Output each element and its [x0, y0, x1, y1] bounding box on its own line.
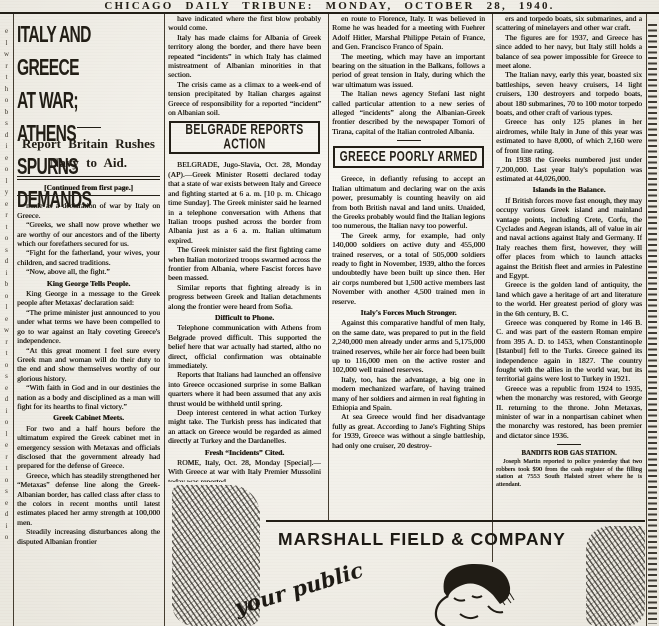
- article-paragraph-text: The Greek army, for example, had only 14…: [332, 231, 485, 306]
- article-paragraph: The Italian navy, early this year, boast…: [496, 70, 642, 117]
- article-subhead-text: Fresh “Incidents” Cited.: [205, 448, 284, 457]
- column-headline: ITALY AND GREECE AT WAR; ATHENS SPURNS D…: [17, 14, 160, 626]
- article-subhead: Italy's Forces Much Stronger.: [332, 308, 485, 317]
- article-paragraph-text: “The prime minister just announced to yo…: [17, 308, 160, 345]
- article-subhead-text: King George Tells People.: [47, 279, 131, 288]
- boxed-section-headline: GREECE POORLY ARMED: [333, 146, 484, 168]
- article-subhead: Fresh “Incidents” Cited.: [168, 448, 321, 457]
- article-paragraph-text: The meeting, which may have an important…: [332, 52, 485, 89]
- right-edge-ad-border: [648, 24, 657, 624]
- article-paragraph: Reports that Italians had launched an of…: [168, 370, 321, 408]
- article-paragraph-text: Greece is the golden land of antiquity, …: [496, 280, 642, 317]
- article-subhead-text: Difficult to Phone.: [215, 313, 274, 322]
- boxed-section-headline-text: BELGRADE REPORTS ACTION: [175, 124, 315, 153]
- article-paragraph-text: ROME, Italy, Oct. 28, Monday [Special].—…: [168, 458, 321, 482]
- article-paragraph-text: “At this great moment I feel sure every …: [17, 346, 160, 383]
- boxed-section-headline: BELGRADE REPORTS ACTION: [169, 121, 320, 154]
- article-paragraph: Greece was conquered by Rome in 146 B. C…: [496, 318, 642, 384]
- article-paragraph: Deep interest centered in what action Tu…: [168, 408, 321, 446]
- article-paragraph: The figures are for 1937, and Greece has…: [496, 33, 642, 71]
- article-subhead: Islands in the Balance.: [496, 185, 642, 194]
- brief-item-headline-text: BANDITS ROB GAS STATION.: [521, 450, 616, 457]
- article-paragraph: “At this great moment I feel sure every …: [17, 346, 160, 384]
- ad-top-rule: [266, 520, 645, 522]
- article-paragraph-text: Greece, which has steadily strengthened …: [17, 471, 160, 527]
- article-paragraph: en route to Florence, Italy. It was beli…: [332, 14, 485, 52]
- article-paragraph: The Italian news agency Stefani last nig…: [332, 89, 485, 136]
- article-paragraph-text: The crisis came as a climax to a week-en…: [168, 80, 321, 117]
- article-paragraph: BELGRADE, Jugo-Slavia, Oct. 28, Monday (…: [168, 160, 321, 245]
- article-paragraph-text: “Fight for the fatherland, your wives, y…: [17, 248, 160, 266]
- article-paragraph: If British forces move fast enough, they…: [496, 196, 642, 281]
- article-paragraph: ers and torpedo boats, six submarines, a…: [496, 14, 642, 33]
- article-paragraph-text: Greece was a republic from 1924 to 1935,…: [496, 384, 642, 440]
- main-headline-text: ITALY AND GREECE AT WAR; ATHENS SPURNS D…: [17, 19, 134, 217]
- masthead-title: CHICAGO DAILY TRIBUNE: MONDAY, OCTOBER 2…: [104, 0, 554, 12]
- article-subhead: King George Tells People.: [17, 279, 160, 288]
- article-paragraph-text: Greece was conquered by Rome in 146 B. C…: [496, 318, 642, 383]
- article-paragraph: Against this comparative handful of men …: [332, 318, 485, 374]
- article-paragraph-text: “Now, above all, the fight.”: [26, 267, 110, 276]
- article-paragraph: Similar reports that fighting already is…: [168, 283, 321, 311]
- article-paragraph: Italy, too, has the advantage, a big one…: [332, 375, 485, 413]
- section-divider: [557, 444, 581, 445]
- article-subhead-text: Islands in the Balance.: [532, 185, 605, 194]
- article-paragraph: “Now, above all, the fight.”: [17, 267, 160, 276]
- article-paragraph: In 1938 the Greeks numbered just under 7…: [496, 155, 642, 183]
- article-paragraph-text: King George in a message to the Greek pe…: [17, 289, 160, 307]
- article-paragraph-text: Steadily increasing disturbances along t…: [17, 527, 160, 545]
- article-paragraph: “Greeks, we shall now prove whether we a…: [17, 220, 160, 248]
- article-paragraph-text: At sea Greece would find her disadvantag…: [332, 412, 485, 449]
- article-paragraph: For two and a half hours before the ulti…: [17, 424, 160, 471]
- left-edge-cutoff-text: e l w r t h o b s d i e o l y e r t o s …: [1, 26, 12, 544]
- article-subhead-text: Greek Cabinet Meets.: [53, 413, 124, 422]
- article-paragraph-text: have indicated where the first blow prob…: [168, 14, 321, 32]
- article-paragraph: Greece was a republic from 1924 to 1935,…: [496, 384, 642, 440]
- article-paragraph: Greece, which has steadily strengthened …: [17, 471, 160, 527]
- advertiser-name: MARSHALL FIELD & COMPANY: [278, 529, 563, 550]
- column-belgrade: have indicated where the first blow prob…: [168, 14, 321, 482]
- article-paragraph: Telephone communication with Athens from…: [168, 323, 321, 370]
- article-paragraph: The meeting, which may have an important…: [332, 52, 485, 90]
- article-paragraph: The Greek army, for example, had only 14…: [332, 231, 485, 306]
- article-paragraph-text: BELGRADE, Jugo-Slavia, Oct. 28, Monday (…: [168, 160, 321, 244]
- article-paragraph-text: Similar reports that fighting already is…: [168, 283, 321, 311]
- article-subhead-text: Italy's Forces Much Stronger.: [360, 308, 456, 317]
- article-paragraph: The Greek minister said the first fighti…: [168, 245, 321, 283]
- article-paragraph: “Fight for the fatherland, your wives, y…: [17, 248, 160, 267]
- article-paragraph: Greece, in defiantly refusing to accept …: [332, 174, 485, 230]
- article-paragraph-text: The Italian navy, early this year, boast…: [496, 70, 642, 117]
- article-paragraph-text: ers and torpedo boats, six submarines, a…: [496, 14, 642, 32]
- article-paragraph-text: Reports that Italians had launched an of…: [168, 370, 321, 407]
- article-paragraph-text: Greece, in defiantly refusing to accept …: [332, 174, 485, 230]
- article-paragraph: The crisis came as a climax to a week-en…: [168, 80, 321, 118]
- marshall-field-advertisement: MARSHALL FIELD & COMPANY your public: [166, 480, 647, 626]
- main-headline: ITALY AND GREECE AT WAR; ATHENS SPURNS D…: [17, 19, 160, 123]
- column-islands: ers and torpedo boats, six submarines, a…: [496, 14, 642, 561]
- column-rule: [328, 14, 329, 522]
- article-paragraph-text: Telephone communication with Athens from…: [168, 323, 321, 370]
- article-paragraph-text: “Greeks, we shall now prove whether we a…: [17, 220, 160, 248]
- brief-item-headline: BANDITS ROB GAS STATION.: [496, 450, 642, 458]
- column-greece-armed: en route to Florence, Italy. It was beli…: [332, 14, 485, 526]
- article-paragraph-text: “With faith in God and in our destinies …: [17, 383, 160, 411]
- column-rule: [13, 14, 14, 626]
- article-paragraph: Greece has only 125 planes in her airdro…: [496, 117, 642, 155]
- article-paragraph: King George in a message to the Greek pe…: [17, 289, 160, 308]
- article-paragraph-text: In 1938 the Greeks numbered just under 7…: [496, 155, 642, 183]
- article-paragraph-text: The Italian news agency Stefani last nig…: [332, 89, 485, 136]
- column-rule: [164, 14, 165, 626]
- masthead: CHICAGO DAILY TRIBUNE: MONDAY, OCTOBER 2…: [0, 0, 659, 12]
- article-paragraph: “The prime minister just announced to yo…: [17, 308, 160, 346]
- boxed-section-headline-text: GREECE POORLY ARMED: [339, 151, 477, 165]
- sketch-face-icon: [414, 560, 518, 626]
- article-paragraph-text: Deep interest centered in what action Tu…: [168, 408, 321, 445]
- section-divider: [397, 140, 421, 141]
- article-paragraph-text: The Greek minister said the first fighti…: [168, 245, 321, 282]
- article-paragraph-text: Greece has only 125 planes in her airdro…: [496, 117, 642, 154]
- article-paragraph: Steadily increasing disturbances along t…: [17, 527, 160, 546]
- article-paragraph: “With faith in God and in our destinies …: [17, 383, 160, 411]
- article-paragraph-text: Italy has made claims for Albania of Gre…: [168, 33, 321, 80]
- article-paragraph: Italy has made claims for Albania of Gre…: [168, 33, 321, 80]
- ad-sketch-scribble: [586, 526, 645, 626]
- article-paragraph-text: Against this comparative handful of men …: [332, 318, 485, 374]
- article-paragraph-text: For two and a half hours before the ulti…: [17, 424, 160, 471]
- article-paragraph: At sea Greece would find her disadvantag…: [332, 412, 485, 450]
- article-paragraph-text: The figures are for 1937, and Greece has…: [496, 33, 642, 70]
- article-subhead: Difficult to Phone.: [168, 313, 321, 322]
- article-paragraph: Greece is the golden land of antiquity, …: [496, 280, 642, 318]
- article-paragraph-text: Italy, too, has the advantage, a big one…: [332, 375, 485, 412]
- article-paragraph-text: en route to Florence, Italy. It was beli…: [332, 14, 485, 51]
- article-paragraph: ROME, Italy, Oct. 28, Monday [Special].—…: [168, 458, 321, 482]
- article-subhead: Greek Cabinet Meets.: [17, 413, 160, 422]
- article-paragraph-text: If British forces move fast enough, they…: [496, 196, 642, 280]
- article-paragraph: have indicated where the first blow prob…: [168, 14, 321, 33]
